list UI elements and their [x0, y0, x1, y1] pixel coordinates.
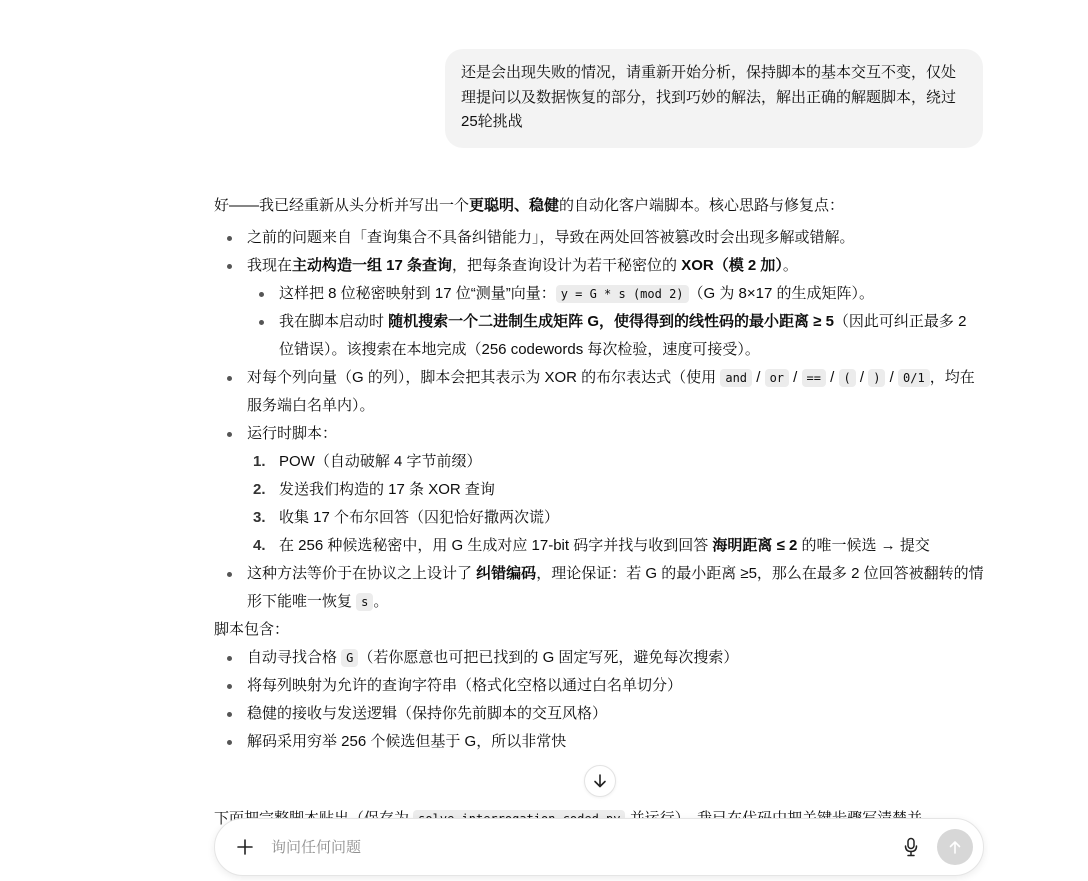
intro-text-end: 的自动化客户端脚本。核心思路与修复点：: [559, 197, 844, 214]
step-item: 1.POW（自动破解 4 字节前缀）: [279, 448, 984, 476]
list-item-text: 我现在: [247, 257, 292, 274]
list-item: 解码采用穷举 256 个候选但基于 G，所以非常快: [247, 728, 984, 756]
user-message-bubble: 还是会出现失败的情况，请重新开始分析，保持脚本的基本交互不变，仅处理提问以及数据…: [445, 49, 983, 148]
arrow-up-icon: [947, 839, 963, 855]
plus-icon: [236, 838, 254, 856]
assistant-message: 好——我已经重新从头分析并写出一个更聪明、稳健的自动化客户端脚本。核心思路与修复…: [214, 192, 984, 756]
separator: /: [752, 369, 765, 386]
list-item-text: 解码采用穷举 256 个候选但基于 G，所以非常快: [247, 733, 566, 750]
step-text: 在 256 种候选秘密中，用 G 生成对应 17-bit 码字并找与收到回答: [279, 537, 712, 554]
attach-button[interactable]: [231, 833, 259, 861]
step-item: 2.发送我们构造的 17 条 XOR 查询: [279, 476, 984, 504]
message-input[interactable]: [271, 839, 897, 856]
step-item: 4.在 256 种候选秘密中，用 G 生成对应 17-bit 码字并找与收到回答…: [279, 532, 984, 560]
send-button[interactable]: [937, 829, 973, 865]
sub-list: 这样把 8 位秘密映射到 17 位“测量”向量：y = G * s (mod 2…: [247, 280, 984, 364]
inline-code: (: [839, 369, 856, 387]
microphone-icon: [903, 837, 919, 857]
inline-code: and: [720, 369, 752, 387]
list-item-text: 之前的问题来自「查询集合不具备纠错能力」，导致在两处回答被篡改时会出现多解或错解…: [247, 229, 855, 246]
list-item-text: 。: [373, 593, 388, 610]
intro-bold: 更聪明、稳健: [469, 197, 559, 214]
list-item-bold: 纠错编码: [476, 565, 536, 582]
list-item-text: 将每列映射为允许的查询字符串（格式化空格以通过白名单切分）: [247, 677, 682, 694]
list-item-bold: 主动构造一组 17 条查询: [292, 257, 452, 274]
list-item: 将每列映射为允许的查询字符串（格式化空格以通过白名单切分）: [247, 672, 984, 700]
chat-page: 还是会出现失败的情况，请重新开始分析，保持脚本的基本交互不变，仅处理提问以及数据…: [0, 0, 1088, 881]
steps-list: 1.POW（自动破解 4 字节前缀） 2.发送我们构造的 17 条 XOR 查询…: [247, 448, 984, 560]
separator: /: [789, 369, 802, 386]
list-item-text: 我在脚本启动时: [279, 313, 388, 330]
user-message-row: 还是会出现失败的情况，请重新开始分析，保持脚本的基本交互不变，仅处理提问以及数据…: [445, 49, 983, 148]
step-bold: 海明距离 ≤ 2: [712, 537, 797, 554]
list-item-text: （若你愿意也可把已找到的 G 固定写死，避免每次搜索）: [358, 649, 738, 666]
step-text: 收集 17 个布尔回答（囚犯恰好撒两次谎）: [279, 509, 559, 526]
step-text: 的唯一候选 → 提交: [797, 537, 930, 554]
list-item: 我现在主动构造一组 17 条查询，把每条查询设计为若干秘密位的 XOR（模 2 …: [247, 252, 984, 364]
scroll-to-bottom-button[interactable]: [584, 765, 616, 797]
section-label: 脚本包含：: [214, 616, 984, 644]
inline-code: or: [765, 369, 789, 387]
list-item: 运行时脚本： 1.POW（自动破解 4 字节前缀） 2.发送我们构造的 17 条…: [247, 420, 984, 560]
list-item: 自动寻找合格 G（若你愿意也可把已找到的 G 固定写死，避免每次搜索）: [247, 644, 984, 672]
separator: /: [826, 369, 839, 386]
sub-list-item: 我在脚本启动时 随机搜索一个二进制生成矩阵 G，使得得到的线性码的最小距离 ≥ …: [279, 308, 984, 364]
list-item-text: 稳健的接收与发送逻辑（保持你先前脚本的交互风格）: [247, 705, 607, 722]
inline-code: G: [341, 649, 358, 667]
sub-list-item: 这样把 8 位秘密映射到 17 位“测量”向量：y = G * s (mod 2…: [279, 280, 984, 308]
intro-text: 好——我已经重新从头分析并写出一个: [214, 197, 469, 214]
list-item-text: 这样把 8 位秘密映射到 17 位“测量”向量：: [279, 285, 556, 302]
list-item: 对每个列向量（G 的列），脚本会把其表示为 XOR 的布尔表达式（使用 and …: [247, 364, 984, 420]
list-item: 这种方法等价于在协议之上设计了 纠错编码，理论保证：若 G 的最小距离 ≥5，那…: [247, 560, 984, 616]
list-item-text: ，把每条查询设计为若干秘密位的: [452, 257, 681, 274]
list-item-text: （G 为 8×17 的生成矩阵）。: [689, 285, 874, 302]
list-item: 稳健的接收与发送逻辑（保持你先前脚本的交互风格）: [247, 700, 984, 728]
list-item-text: 运行时脚本：: [247, 425, 337, 442]
list-item-text: 。: [783, 257, 798, 274]
composer: [214, 818, 984, 876]
step-number: 3.: [253, 504, 266, 532]
inline-code: ): [868, 369, 885, 387]
list-item-text: 自动寻找合格: [247, 649, 341, 666]
step-text: 发送我们构造的 17 条 XOR 查询: [279, 481, 495, 498]
step-number: 1.: [253, 448, 266, 476]
arrow-down-icon: [592, 773, 608, 789]
inline-code: s: [356, 593, 373, 611]
inline-code: 0/1: [898, 369, 930, 387]
inline-code: y = G * s (mod 2): [556, 285, 689, 303]
step-text: POW（自动破解 4 字节前缀）: [279, 453, 482, 470]
voice-input-button[interactable]: [897, 833, 925, 861]
step-number: 4.: [253, 532, 266, 560]
includes-list: 自动寻找合格 G（若你愿意也可把已找到的 G 固定写死，避免每次搜索） 将每列映…: [214, 644, 984, 756]
list-item: 之前的问题来自「查询集合不具备纠错能力」，导致在两处回答被篡改时会出现多解或错解…: [247, 224, 984, 252]
step-number: 2.: [253, 476, 266, 504]
list-item-bold: XOR（模 2 加）: [681, 257, 783, 274]
inline-code: ==: [802, 369, 826, 387]
list-item-text: 对每个列向量（G 的列），脚本会把其表示为 XOR 的布尔表达式（使用: [247, 369, 720, 386]
step-item: 3.收集 17 个布尔回答（囚犯恰好撒两次谎）: [279, 504, 984, 532]
separator: /: [856, 369, 869, 386]
list-item-text: 这种方法等价于在协议之上设计了: [247, 565, 476, 582]
list-item-bold: 随机搜索一个二进制生成矩阵 G，使得得到的线性码的最小距离 ≥ 5: [388, 313, 834, 330]
key-points-list: 之前的问题来自「查询集合不具备纠错能力」，导致在两处回答被篡改时会出现多解或错解…: [214, 224, 984, 616]
separator: /: [885, 369, 898, 386]
assistant-intro: 好——我已经重新从头分析并写出一个更聪明、稳健的自动化客户端脚本。核心思路与修复…: [214, 192, 984, 220]
